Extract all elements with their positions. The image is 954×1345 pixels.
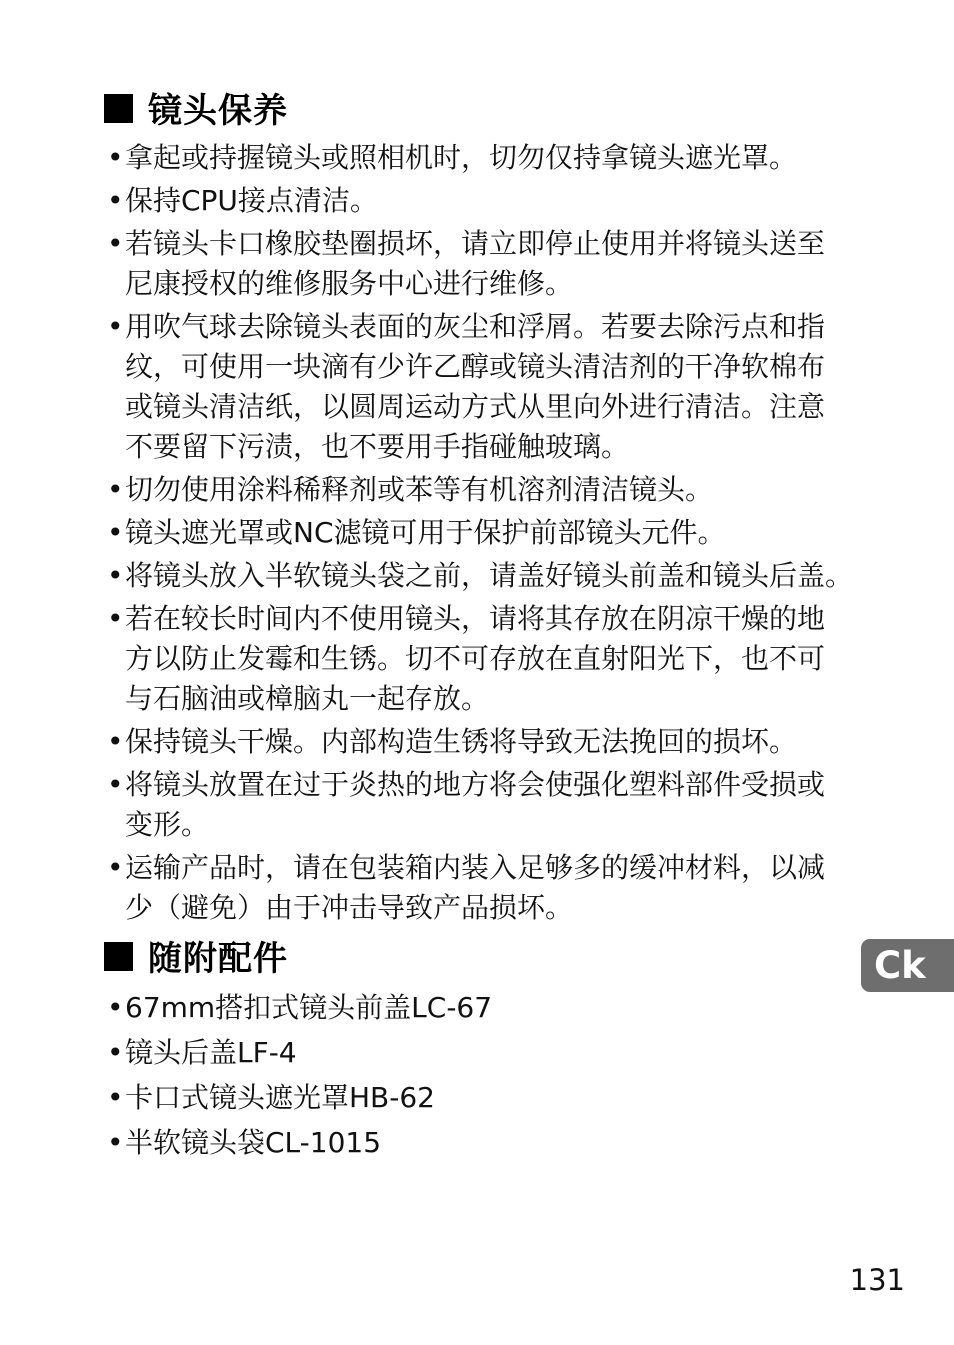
manual-page: 镜头保养 •拿起或持握镜头或照相机时，切勿仅持拿镜头遮光罩。•保持CPU接点清洁… [0,0,954,1345]
bullet-icon: • [107,988,124,1028]
list-item: •用吹气球去除镜头表面的灰尘和浮屑。若要去除污点和指纹，可使用一块滴有少许乙醇或… [104,307,831,467]
list-item: •半软镜头袋CL-1015 [104,1123,866,1163]
language-tab-ck: Ck [861,939,954,992]
bullet-icon: • [107,848,124,888]
bullet-icon: • [107,181,124,221]
bullet-icon: • [107,765,124,805]
black-square-icon [104,94,133,123]
bullet-icon: • [107,556,124,596]
lens-care-heading: 镜头保养 [104,86,866,128]
bullet-icon: • [107,1033,124,1073]
bullet-icon: • [107,1078,124,1118]
bullet-icon: • [107,513,124,553]
list-item-text: 卡口式镜头遮光罩HB-62 [125,1081,435,1114]
accessories-list: •67mm搭扣式镜头前盖LC-67•镜头后盖LF-4•卡口式镜头遮光罩HB-62… [104,988,866,1163]
bullet-icon: • [107,722,124,762]
list-item: •切勿使用涂料稀释剂或苯等有机溶剂清洁镜头。 [104,470,831,510]
bullet-icon: • [107,224,124,264]
accessories-heading-text: 随附配件 [148,931,288,980]
list-item-text: 镜头遮光罩或NC滤镜可用于保护前部镜头元件。 [125,516,726,549]
language-tab-label: Ck [874,944,926,987]
list-item: •将镜头放入半软镜头袋之前，请盖好镜头前盖和镜头后盖。 [104,556,866,596]
list-item: •67mm搭扣式镜头前盖LC-67 [104,988,866,1028]
list-item-text: 67mm搭扣式镜头前盖LC-67 [125,991,492,1024]
page-number: 131 [850,1263,905,1297]
lens-care-list: •拿起或持握镜头或照相机时，切勿仅持拿镜头遮光罩。•保持CPU接点清洁。•若镜头… [104,138,866,928]
list-item: •拿起或持握镜头或照相机时，切勿仅持拿镜头遮光罩。 [104,138,831,178]
lens-care-heading-text: 镜头保养 [148,83,288,132]
list-item: •保持CPU接点清洁。 [104,181,831,221]
list-item-text: 拿起或持握镜头或照相机时，切勿仅持拿镜头遮光罩。 [125,141,797,174]
list-item: •镜头遮光罩或NC滤镜可用于保护前部镜头元件。 [104,513,831,553]
list-item-text: 若在较长时间内不使用镜头，请将其存放在阴凉干燥的地方以防止发霉和生锈。切不可存放… [125,602,825,715]
section-supplied-accessories: 随附配件 •67mm搭扣式镜头前盖LC-67•镜头后盖LF-4•卡口式镜头遮光罩… [104,934,866,1163]
list-item-text: 保持镜头干燥。内部构造生锈将导致无法挽回的损坏。 [125,725,797,758]
page-content: 镜头保养 •拿起或持握镜头或照相机时，切勿仅持拿镜头遮光罩。•保持CPU接点清洁… [104,86,866,1168]
list-item: •运输产品时，请在包装箱内装入足够多的缓冲材料，以减少（避免）由于冲击导致产品损… [104,848,831,928]
list-item: •若在较长时间内不使用镜头，请将其存放在阴凉干燥的地方以防止发霉和生锈。切不可存… [104,599,831,719]
list-item-text: 半软镜头袋CL-1015 [125,1126,381,1159]
list-item-text: 用吹气球去除镜头表面的灰尘和浮屑。若要去除污点和指纹，可使用一块滴有少许乙醇或镜… [125,310,825,463]
list-item-text: 将镜头放入半软镜头袋之前，请盖好镜头前盖和镜头后盖。 [125,559,853,592]
bullet-icon: • [107,599,124,639]
list-item-text: 将镜头放置在过于炎热的地方将会使强化塑料部件受损或变形。 [125,768,825,841]
bullet-icon: • [107,1123,124,1163]
list-item: •卡口式镜头遮光罩HB-62 [104,1078,866,1118]
list-item: •将镜头放置在过于炎热的地方将会使强化塑料部件受损或变形。 [104,765,831,845]
list-item: •保持镜头干燥。内部构造生锈将导致无法挽回的损坏。 [104,722,831,762]
section-lens-care: 镜头保养 •拿起或持握镜头或照相机时，切勿仅持拿镜头遮光罩。•保持CPU接点清洁… [104,86,866,928]
list-item-text: 切勿使用涂料稀释剂或苯等有机溶剂清洁镜头。 [125,473,713,506]
bullet-icon: • [107,138,124,178]
black-square-icon [104,942,133,971]
list-item: •若镜头卡口橡胶垫圈损坏，请立即停止使用并将镜头送至尼康授权的维修服务中心进行维… [104,224,831,304]
bullet-icon: • [107,470,124,510]
list-item-text: 保持CPU接点清洁。 [125,184,378,217]
list-item: •镜头后盖LF-4 [104,1033,866,1073]
list-item-text: 若镜头卡口橡胶垫圈损坏，请立即停止使用并将镜头送至尼康授权的维修服务中心进行维修… [125,227,825,300]
accessories-heading: 随附配件 [104,934,866,976]
list-item-text: 镜头后盖LF-4 [125,1036,297,1069]
bullet-icon: • [107,307,124,347]
list-item-text: 运输产品时，请在包装箱内装入足够多的缓冲材料，以减少（避免）由于冲击导致产品损坏… [125,851,825,924]
